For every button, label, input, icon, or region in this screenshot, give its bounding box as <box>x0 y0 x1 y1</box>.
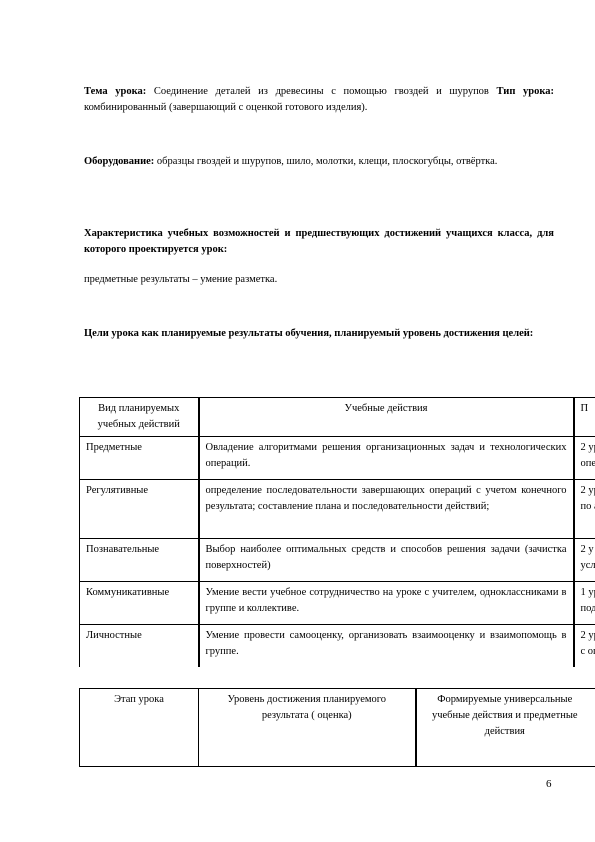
cell-actions: Овладение алгоритмами решения организаци… <box>199 437 574 480</box>
lesson-topic-text: Соединение деталей из древесины с помощь… <box>146 86 496 97</box>
table-row: Личностные Умение провести самооценку, о… <box>80 625 595 668</box>
header-cell-universal-actions: Формируемые универсальные учебные действ… <box>416 689 595 767</box>
subject-results-paragraph: предметные результаты – умение разметка. <box>84 272 554 288</box>
table-row: Регулятивные определение последовательно… <box>80 480 595 539</box>
header-cell-lesson-stage: Этап урока <box>80 689 199 767</box>
goals-heading: Цели урока как планируемые результаты об… <box>84 326 554 342</box>
cell-action-type: Коммуникативные <box>80 582 199 625</box>
lesson-type-text: комбинированный (завершающий с оценкой г… <box>84 102 367 113</box>
cell-action-type: Предметные <box>80 437 199 480</box>
lesson-stages-table: Этап урока Уровень достижения планируемо… <box>79 688 595 767</box>
page-number: 6 <box>546 776 552 792</box>
lesson-topic-label: Тема урока: <box>84 86 146 97</box>
characteristics-heading-text: Характеристика учебных возможностей и пр… <box>84 228 554 255</box>
table-row: Коммуникативные Умение вести учебное сот… <box>80 582 595 625</box>
learning-actions-table-container: Вид планируемых учебных действий Учебные… <box>79 397 595 667</box>
equipment-label: Оборудование: <box>84 156 154 167</box>
cell-level: 2 ур опер <box>574 437 595 480</box>
header-cell-level: П <box>574 398 595 437</box>
cell-level: 1 ур под <box>574 582 595 625</box>
header-cell-actions: Учебные действия <box>199 398 574 437</box>
learning-actions-table: Вид планируемых учебных действий Учебные… <box>79 397 595 667</box>
lesson-type-label: Тип урока: <box>497 86 554 97</box>
cell-level: 2 ур по а <box>574 480 595 539</box>
equipment-text: образцы гвоздей и шурупов, шило, молотки… <box>154 156 497 167</box>
goals-heading-text: Цели урока как планируемые результаты об… <box>84 328 533 339</box>
characteristics-heading: Характеристика учебных возможностей и пр… <box>84 226 554 258</box>
lesson-topic-paragraph: Тема урока: Соединение деталей из древес… <box>84 84 554 116</box>
header-cell-achievement-level: Уровень достижения планируемого результа… <box>199 689 416 767</box>
table-header-row: Этап урока Уровень достижения планируемо… <box>80 689 595 767</box>
cell-actions: Выбор наиболее оптимальных средств и спо… <box>199 539 574 582</box>
table-header-row: Вид планируемых учебных действий Учебные… <box>80 398 595 437</box>
cell-level: 2 у усло <box>574 539 595 582</box>
cell-level: 2 ур с оп <box>574 625 595 668</box>
table-row: Познавательные Выбор наиболее оптимальны… <box>80 539 595 582</box>
cell-actions: определение последовательности завершающ… <box>199 480 574 539</box>
cell-action-type: Регулятивные <box>80 480 199 539</box>
table-row: Предметные Овладение алгоритмами решения… <box>80 437 595 480</box>
cell-actions: Умение провести самооценку, организовать… <box>199 625 574 668</box>
lesson-stages-table-container: Этап урока Уровень достижения планируемо… <box>79 688 595 768</box>
cell-actions: Умение вести учебное сотрудничество на у… <box>199 582 574 625</box>
cell-action-type: Познавательные <box>80 539 199 582</box>
header-cell-action-type: Вид планируемых учебных действий <box>80 398 199 437</box>
equipment-paragraph: Оборудование: образцы гвоздей и шурупов,… <box>84 154 554 170</box>
cell-action-type: Личностные <box>80 625 199 668</box>
